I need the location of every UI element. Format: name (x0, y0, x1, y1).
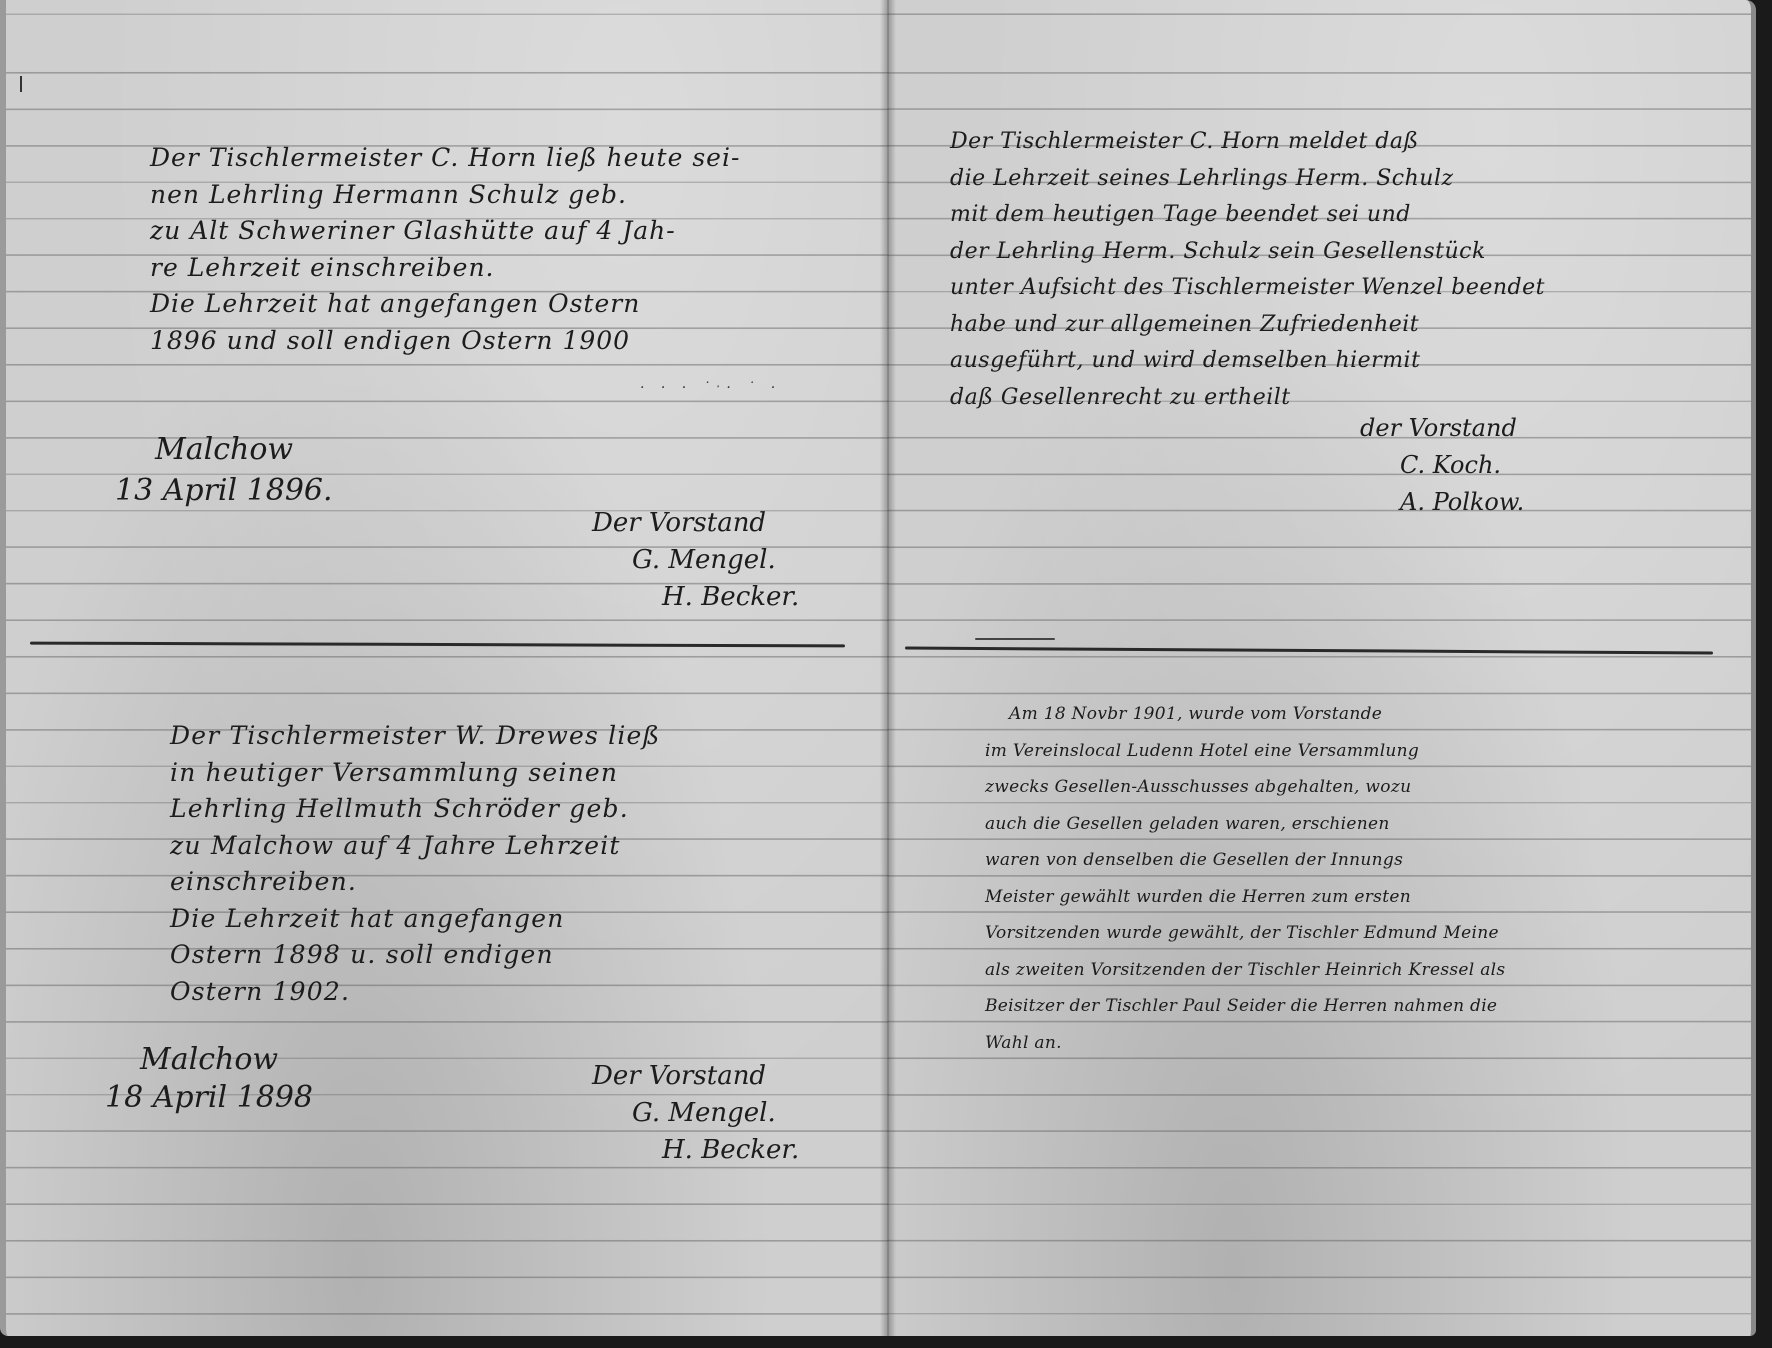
text-line: ausgeführt, und wird demselben hiermit (950, 343, 1545, 380)
text-line: Lehrling Hellmuth Schröder geb. (170, 791, 660, 828)
text-line: Der Tischlermeister C. Horn meldet daß (950, 124, 1545, 161)
left-entry-2-signature: Der Vorstand G. Mengel. H. Becker. (592, 1058, 799, 1169)
book-spine (880, 0, 896, 1336)
text-line: einschreiben. (170, 864, 660, 901)
text-line: Beisitzer der Tischler Paul Seider die H… (985, 988, 1505, 1025)
signature-name: G. Mengel. (592, 1095, 799, 1132)
text-line: zwecks Gesellen-Ausschusses abgehalten, … (985, 769, 1505, 806)
signature-name: A. Polkow. (1360, 484, 1524, 521)
text-line: Wahl an. (985, 1025, 1505, 1062)
text-line: als zweiten Vorsitzenden der Tischler He… (985, 952, 1505, 989)
text-line: der Lehrling Herm. Schulz sein Gesellens… (950, 234, 1545, 271)
left-entry-1-signature: Der Vorstand G. Mengel. H. Becker. (592, 505, 799, 616)
signature-title: Der Vorstand (592, 1058, 799, 1095)
signature-name: C. Koch. (1360, 447, 1524, 484)
text-line: nen Lehrling Hermann Schulz geb. (150, 177, 740, 214)
text-line: im Vereinslocal Ludenn Hotel eine Versam… (985, 733, 1505, 770)
text-line: Die Lehrzeit hat angefangen (170, 901, 660, 938)
text-line: Der Tischlermeister C. Horn ließ heute s… (150, 140, 740, 177)
signature-name: G. Mengel. (592, 542, 799, 579)
signature-name: H. Becker. (592, 1132, 799, 1169)
signature-title: Der Vorstand (592, 505, 799, 542)
notebook-spread: Der Tischlermeister C. Horn ließ heute s… (0, 0, 1760, 1340)
signature-title: der Vorstand (1360, 410, 1524, 447)
signature-name: H. Becker. (592, 579, 799, 616)
text-line: mit dem heutigen Tage beendet sei und (950, 197, 1545, 234)
text-line: Am 18 Novbr 1901, wurde vom Vorstande (985, 696, 1505, 733)
left-entry-1-text: Der Tischlermeister C. Horn ließ heute s… (150, 140, 740, 359)
divider-mark (975, 638, 1055, 640)
right-entry-2-text: Am 18 Novbr 1901, wurde vom Vorstande im… (985, 696, 1505, 1061)
text-line: zu Malchow auf 4 Jahre Lehrzeit (170, 828, 660, 865)
text-line: Ostern 1898 u. soll endigen (170, 937, 660, 974)
left-entry-2-date: 18 April 1898 (105, 1080, 313, 1115)
text-line: Ostern 1902. (170, 974, 660, 1011)
ink-specks: · · · ˙ˑ· ˙ · (640, 380, 781, 396)
left-entry-1-date: 13 April 1896. (115, 473, 333, 508)
text-line: waren von denselben die Gesellen der Inn… (985, 842, 1505, 879)
text-line: 1896 und soll endigen Ostern 1900 (150, 323, 740, 360)
text-line: habe und zur allgemeinen Zufriedenheit (950, 307, 1545, 344)
right-entry-1-text: Der Tischlermeister C. Horn meldet daß d… (950, 124, 1545, 416)
text-line: unter Aufsicht des Tischlermeister Wenze… (950, 270, 1545, 307)
text-line: re Lehrzeit einschreiben. (150, 250, 740, 287)
left-entry-1-place: Malchow (155, 432, 293, 467)
margin-mark (20, 76, 22, 92)
text-line: Der Tischlermeister W. Drewes ließ (170, 718, 660, 755)
text-line: zu Alt Schweriner Glashütte auf 4 Jah- (150, 213, 740, 250)
text-line: Die Lehrzeit hat angefangen Ostern (150, 286, 740, 323)
text-line: auch die Gesellen geladen waren, erschie… (985, 806, 1505, 843)
left-entry-2-text: Der Tischlermeister W. Drewes ließ in he… (170, 718, 660, 1010)
text-line: in heutiger Versammlung seinen (170, 755, 660, 792)
text-line: Meister gewählt wurden die Herren zum er… (985, 879, 1505, 916)
right-entry-1-signature: der Vorstand C. Koch. A. Polkow. (1360, 410, 1524, 521)
text-line: die Lehrzeit seines Lehrlings Herm. Schu… (950, 161, 1545, 198)
left-entry-2-place: Malchow (140, 1042, 278, 1077)
text-line: Vorsitzenden wurde gewählt, der Tischler… (985, 915, 1505, 952)
